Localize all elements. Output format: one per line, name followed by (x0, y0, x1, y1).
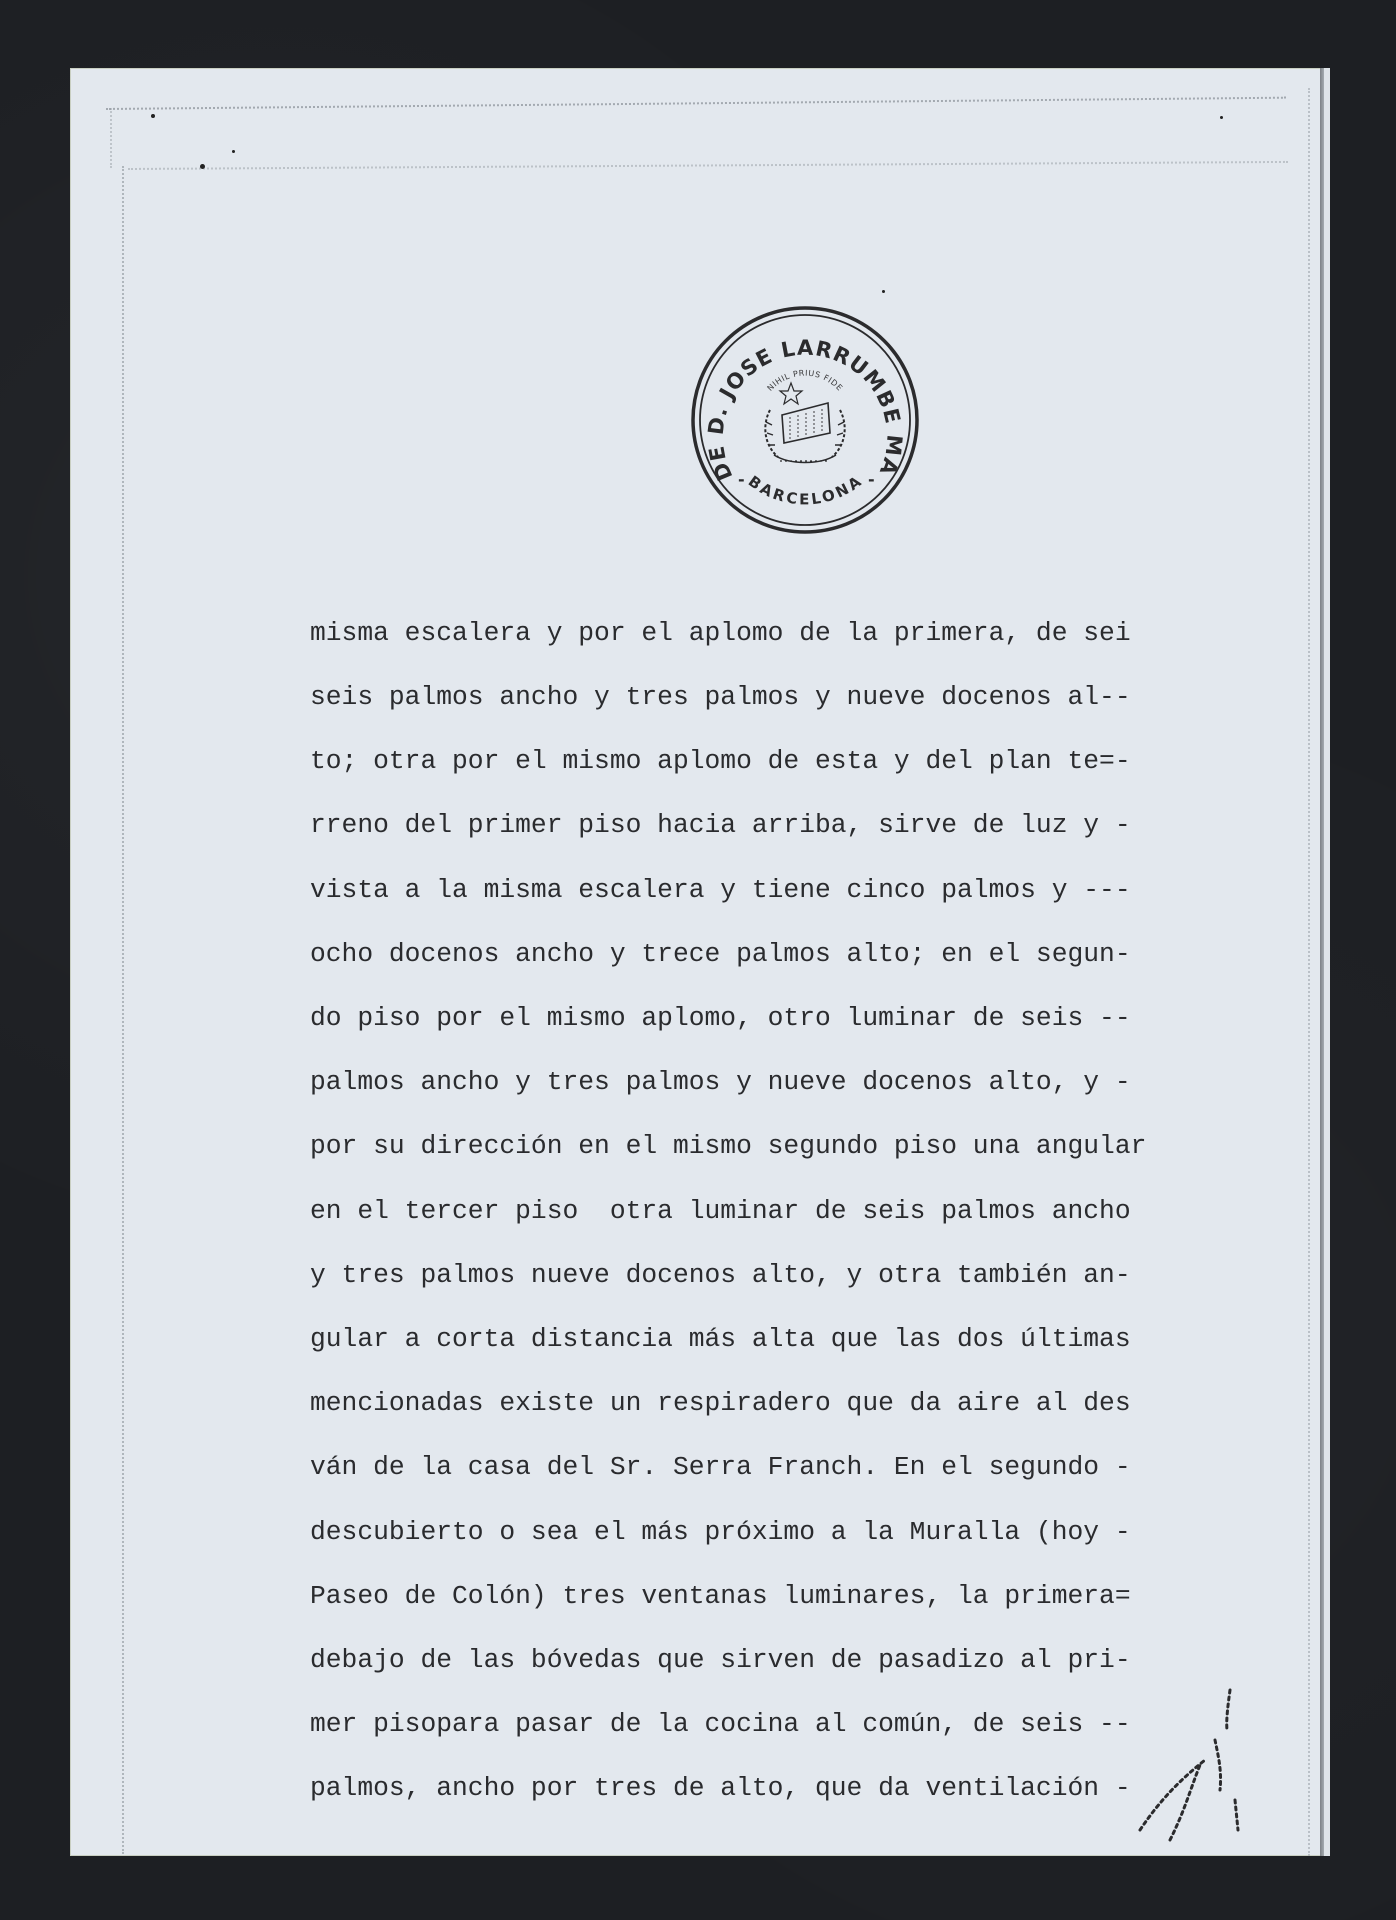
right-margin-line (1308, 88, 1310, 1856)
page-edge-strip (1324, 68, 1330, 1856)
text-line: seis palmos ancho y tres palmos y nueve … (310, 682, 1131, 712)
text-line: misma escalera y por el aplomo de la pri… (310, 618, 1131, 648)
text-line: por su dirección en el mismo segundo pis… (310, 1131, 1146, 1161)
seal-separator-right: - (868, 470, 875, 489)
text-line: to; otra por el mismo aplomo de esta y d… (310, 746, 1131, 776)
text-line: mer pisopara pasar de la cocina al común… (310, 1709, 1131, 1739)
ink-speck (882, 290, 885, 293)
notary-seal: NOTARIA DE D. JOSE LARRUMBE MALDONADO BA… (690, 305, 920, 535)
text-line: palmos ancho y tres palmos y nueve docen… (310, 1067, 1131, 1097)
seal-emblem-icon (765, 383, 844, 463)
ink-speck (1220, 116, 1223, 119)
text-line: en el tercer piso otra luminar de seis p… (310, 1196, 1131, 1226)
ink-speck (232, 150, 235, 153)
second-guide-line (128, 161, 1288, 170)
text-line: vista a la misma escalera y tiene cinco … (310, 875, 1131, 905)
seal-separator-left: - (738, 470, 745, 489)
ink-speck (151, 114, 155, 118)
signature-marks (1130, 1680, 1250, 1850)
left-margin-line (122, 166, 124, 1854)
seal-motto-text: NIHIL PRIUS FIDE (766, 369, 845, 393)
text-line: rreno del primer piso hacia arriba, sirv… (310, 810, 1131, 840)
text-line: y tres palmos nueve docenos alto, y otra… (310, 1260, 1131, 1290)
left-margin-tick (110, 108, 112, 168)
text-line: do piso por el mismo aplomo, otro lumina… (310, 1003, 1131, 1033)
text-line: gular a corta distancia más alta que las… (310, 1324, 1131, 1354)
text-line: descubierto o sea el más próximo a la Mu… (310, 1517, 1131, 1547)
seal-city-text: BARCELONA (745, 472, 865, 508)
text-line: palmos, ancho por tres de alto, que da v… (310, 1773, 1131, 1803)
text-line: debajo de las bóvedas que sirven de pasa… (310, 1645, 1131, 1675)
text-line: ocho docenos ancho y trece palmos alto; … (310, 939, 1131, 969)
text-line: mencionadas existe un respiradero que da… (310, 1388, 1131, 1418)
page-fold-shadow (1320, 68, 1324, 1856)
top-guide-line (106, 97, 1286, 110)
ink-speck (200, 164, 205, 169)
text-line: ván de la casa del Sr. Serra Franch. En … (310, 1452, 1131, 1482)
text-line: Paseo de Colón) tres ventanas luminares,… (310, 1581, 1131, 1611)
